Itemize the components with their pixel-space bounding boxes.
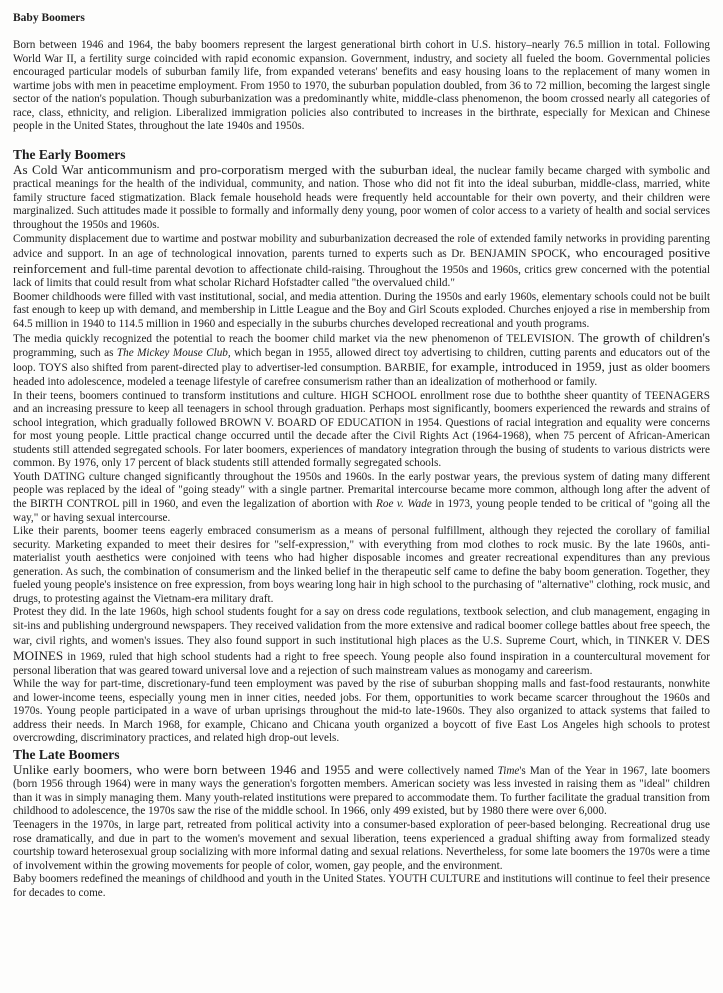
paragraph: Community displacement due to wartime an… <box>13 233 710 291</box>
paragraph: Teenagers in the 1970s, in large part, r… <box>13 819 710 873</box>
paragraph: In their teens, boomers continued to tra… <box>13 390 710 471</box>
text-run: Baby boomers redefined the meanings of c… <box>13 873 710 899</box>
text-run: The growth of children's <box>578 330 710 345</box>
paragraph: Boomer childhoods were filled with vast … <box>13 291 710 332</box>
text-run: Protest they did. In the late 1960s, hig… <box>13 606 710 647</box>
text-run: As Cold War anticommunism and pro-corpor… <box>13 162 428 177</box>
section-heading: The Early Boomers <box>13 146 710 163</box>
document-page: Baby Boomers Born between 1946 and 1964,… <box>0 0 723 993</box>
text-run: in 1969, ruled that high school students… <box>13 651 710 677</box>
text-run: Born between 1946 and 1964, the baby boo… <box>13 39 710 132</box>
paragraph: Born between 1946 and 1964, the baby boo… <box>13 39 710 134</box>
text-run: Like their parents, boomer teens eagerly… <box>13 525 710 605</box>
paragraph: As Cold War anticommunism and pro-corpor… <box>13 163 710 233</box>
text-run: for example, introduced in 1959, just as <box>432 359 643 374</box>
text-run: programming, such as <box>13 347 117 359</box>
text-run: Teenagers in the 1970s, in large part, r… <box>13 819 710 872</box>
paragraph: Baby boomers redefined the meanings of c… <box>13 873 710 900</box>
text-run: collectively named <box>404 765 498 777</box>
paragraph: Youth DATING culture changed significant… <box>13 471 710 525</box>
text-run: Time <box>498 765 520 777</box>
paragraph: Unlike early boomers, who were born betw… <box>13 763 710 819</box>
text-run: full-time parental devotion to affection… <box>13 264 710 290</box>
paragraph: The media quickly recognized the potenti… <box>13 331 710 389</box>
paragraph: Protest they did. In the late 1960s, hig… <box>13 606 710 678</box>
text-run: The media quickly recognized the potenti… <box>13 333 578 345</box>
section-heading: The Late Boomers <box>13 746 710 763</box>
text-run: The Mickey Mouse Club, <box>117 347 231 359</box>
text-run: While the way for part-time, discretiona… <box>13 678 710 744</box>
document-title: Baby Boomers <box>13 11 710 25</box>
text-run: Roe v. Wade <box>376 498 432 510</box>
text-run: Boomer childhoods were filled with vast … <box>13 291 710 330</box>
text-run: In their teens, boomers continued to tra… <box>13 390 710 470</box>
paragraph: Like their parents, boomer teens eagerly… <box>13 525 710 606</box>
paragraph: While the way for part-time, discretiona… <box>13 678 710 746</box>
document-body: Born between 1946 and 1964, the baby boo… <box>13 39 710 900</box>
text-run: Unlike early boomers, who were born betw… <box>13 762 404 777</box>
